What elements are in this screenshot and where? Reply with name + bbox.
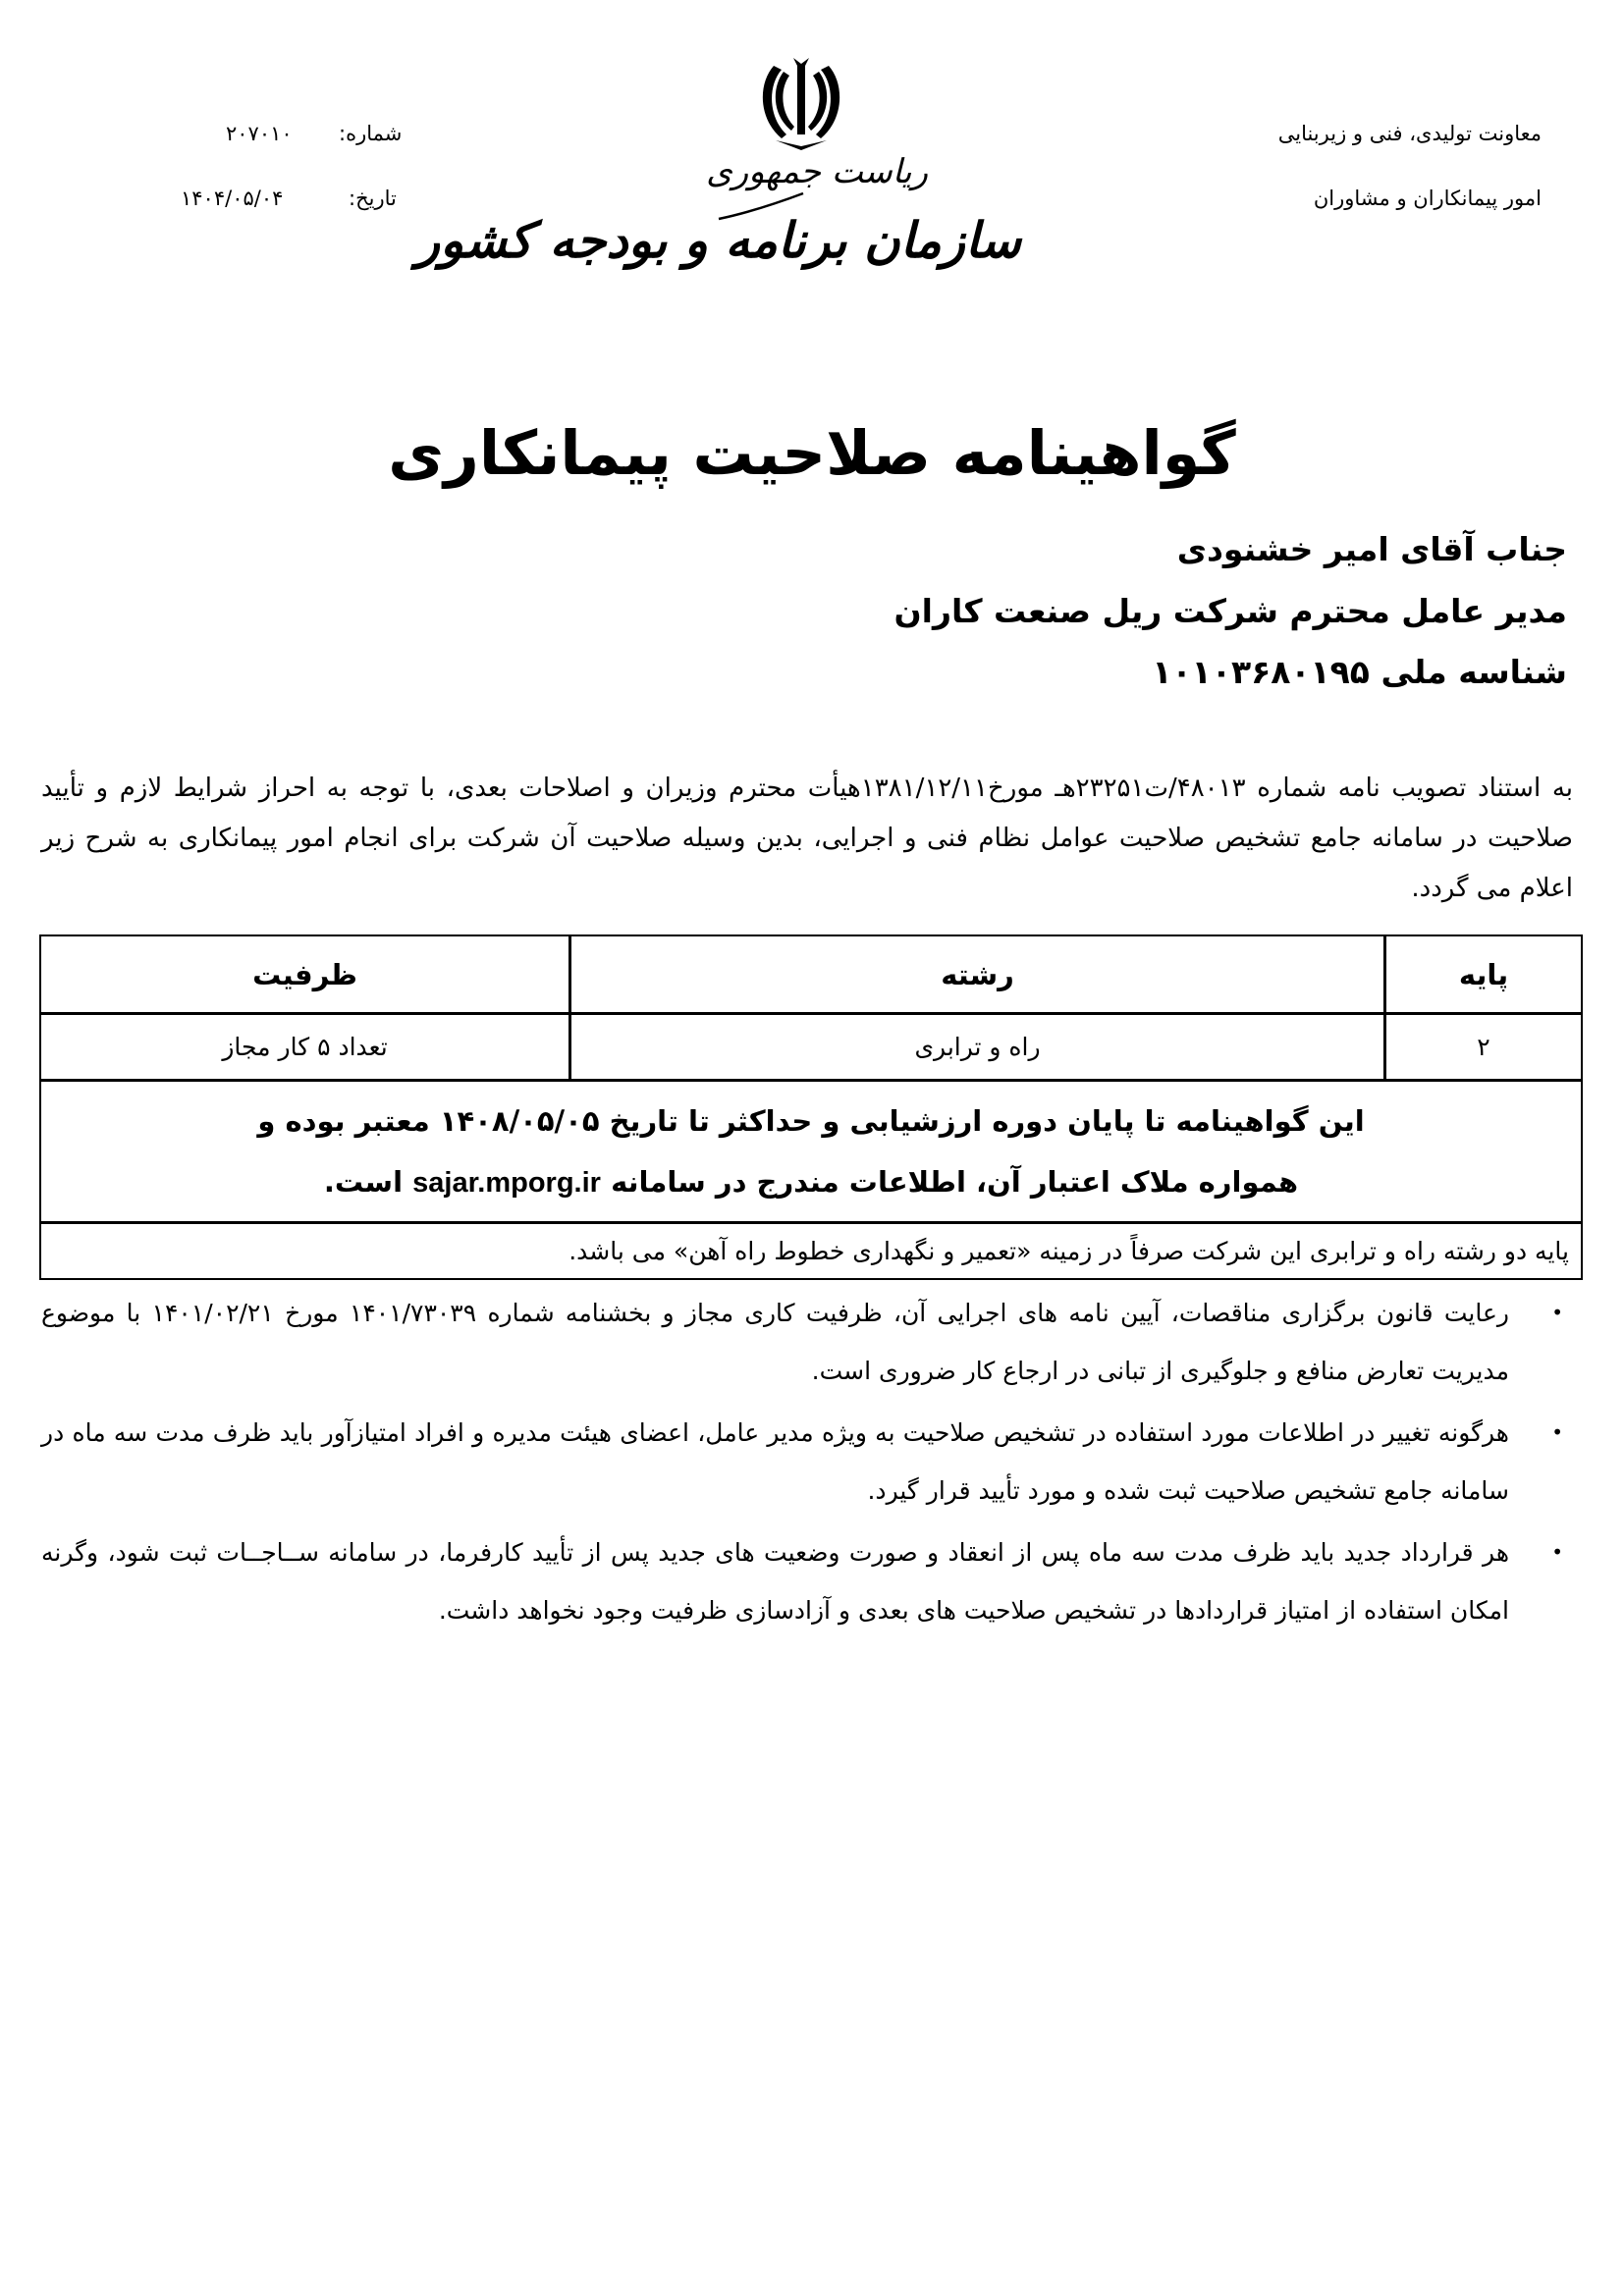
list-item: • رعایت قانون برگزاری مناقصات، آیین نامه… bbox=[41, 1284, 1563, 1400]
list-item-text: هر قرارداد جدید باید ظرف مدت سه ماه پس ا… bbox=[41, 1538, 1509, 1625]
header-base: پایه bbox=[1386, 936, 1581, 1012]
cell-capacity: تعداد ۵ کار مجاز bbox=[41, 1015, 571, 1079]
letter-date-value: ۱۴۰۴/۰۵/۰۴ bbox=[181, 187, 283, 210]
header-field: رشته bbox=[571, 936, 1386, 1012]
table-header-row: پایه رشته ظرفیت bbox=[41, 936, 1581, 1015]
scope-note-text: پایه دو رشته راه و ترابری این شرکت صرفاً… bbox=[568, 1237, 1569, 1265]
organization-subtitle: ریاست جمهوری bbox=[706, 152, 928, 191]
letter-number-value: ۲۰۷۰۱۰ bbox=[226, 122, 293, 145]
cell-field: راه و ترابری bbox=[571, 1015, 1386, 1079]
bullet-icon: • bbox=[1551, 1523, 1563, 1581]
scope-note: پایه دو رشته راه و ترابری این شرکت صرفاً… bbox=[41, 1224, 1581, 1278]
department-unit: امور پیمانکاران و مشاوران bbox=[1314, 187, 1542, 210]
organization-name: سازمان برنامه و بودجه کشور bbox=[599, 211, 1021, 269]
list-item-text: هرگونه تغییر در اطلاعات مورد استفاده در … bbox=[41, 1418, 1509, 1505]
bullet-icon: • bbox=[1551, 1284, 1563, 1342]
validity-line-2-prefix: همواره ملاک اعتبار آن، اطلاعات مندرج در … bbox=[611, 1165, 1298, 1199]
letter-date-label: تاریخ: bbox=[349, 187, 397, 210]
bullet-icon: • bbox=[1551, 1404, 1563, 1462]
qualification-table: پایه رشته ظرفیت ۲ راه و ترابری تعداد ۵ ک… bbox=[39, 934, 1583, 1280]
list-item-text: رعایت قانون برگزاری مناقصات، آیین نامه ه… bbox=[41, 1299, 1509, 1385]
addressee-national-id: شناسه ملی ۱۰۱۰۳۶۸۰۱۹۵ bbox=[1152, 653, 1567, 691]
sajar-website-link[interactable]: sajar.mporg.ir bbox=[412, 1167, 601, 1199]
addressee-position: مدیر عامل محترم شرکت ریل صنعت کاران bbox=[894, 592, 1568, 630]
validity-line-2-suffix: است. bbox=[324, 1165, 403, 1199]
cell-base: ۲ bbox=[1386, 1015, 1581, 1079]
department-name: معاونت تولیدی، فنی و زیربنایی bbox=[1278, 122, 1542, 145]
intro-paragraph: به استناد تصویب نامه شماره ۴۸۰۱۳/ت۲۳۲۵۱ه… bbox=[41, 764, 1573, 914]
list-item: • هرگونه تغییر در اطلاعات مورد استفاده د… bbox=[41, 1404, 1563, 1520]
validity-statement: این گواهینامه تا پایان دوره ارزشیابی و ح… bbox=[41, 1082, 1581, 1224]
table-row: ۲ راه و ترابری تعداد ۵ کار مجاز bbox=[41, 1015, 1581, 1082]
header-capacity: ظرفیت bbox=[41, 936, 571, 1012]
organization-logo: ریاست جمهوری سازمان برنامه و بودجه کشور bbox=[589, 54, 1031, 290]
list-item: • هر قرارداد جدید باید ظرف مدت سه ماه پس… bbox=[41, 1523, 1563, 1639]
addressee-name: جناب آقای امیر خشنودی bbox=[1177, 530, 1567, 568]
conditions-list: • رعایت قانون برگزاری مناقصات، آیین نامه… bbox=[41, 1284, 1563, 1643]
iran-emblem-icon bbox=[754, 54, 848, 150]
certificate-title: گواهینامه صلاحیت پیمانکاری bbox=[0, 417, 1624, 489]
validity-line-2: همواره ملاک اعتبار آن، اطلاعات مندرج در … bbox=[324, 1151, 1298, 1213]
validity-line-1: این گواهینامه تا پایان دوره ارزشیابی و ح… bbox=[257, 1091, 1364, 1151]
letter-number-label: شماره: bbox=[339, 122, 402, 145]
